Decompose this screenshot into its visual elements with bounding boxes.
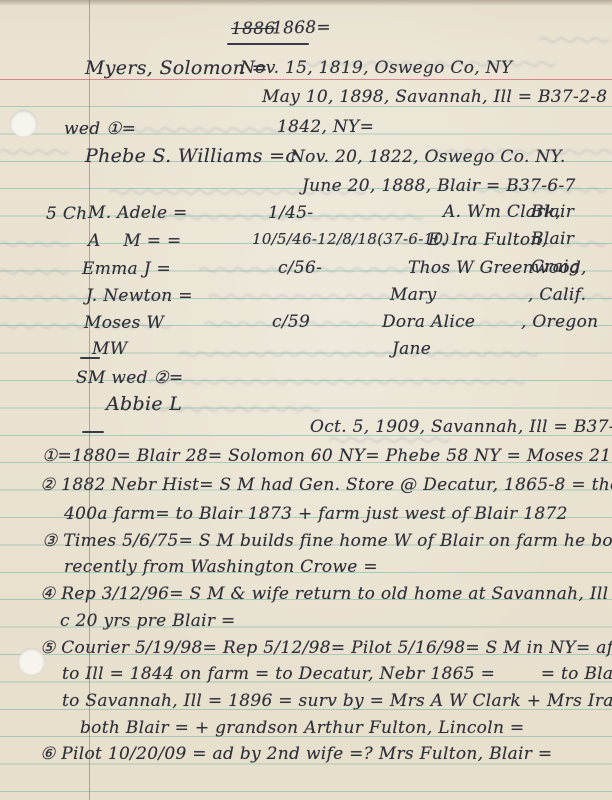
child-name: M. Adele = bbox=[88, 203, 188, 223]
subject-wed-label: wed ①= bbox=[64, 119, 136, 139]
child-dates: 1/45- bbox=[268, 203, 313, 223]
wife-name: Phebe S. Williams =c bbox=[85, 145, 296, 167]
header-underline bbox=[227, 43, 309, 45]
note-line: to Ill = 1844 on farm = to Decatur, Nebr… bbox=[62, 664, 612, 684]
subject-wed-year: 1842, NY= bbox=[277, 117, 374, 137]
second-wife-dash bbox=[82, 431, 104, 433]
note-line: recently from Washington Crowe = bbox=[64, 557, 378, 577]
punch-hole-top bbox=[10, 110, 37, 137]
child-spouse: Jane bbox=[392, 339, 431, 359]
note-line: 400a farm= to Blair 1873 + farm just wes… bbox=[64, 504, 568, 524]
child-name: Moses W bbox=[84, 313, 164, 333]
child-place: Blair bbox=[531, 229, 574, 249]
child-place: Craig bbox=[531, 257, 580, 277]
child-place: Blair bbox=[531, 202, 574, 222]
child-name: J. Newton = bbox=[86, 286, 193, 306]
child-place: , Calif. bbox=[528, 285, 586, 305]
note-line: ④ Rep 3/12/96= S M & wife return to old … bbox=[40, 584, 612, 604]
note-line: ⑤ Courier 5/19/98= Rep 5/12/98= Pilot 5/… bbox=[40, 638, 612, 658]
wife-birth: Nov. 20, 1822, Oswego Co. NY. bbox=[290, 147, 566, 167]
second-wife-name: Abbie L bbox=[106, 393, 182, 415]
child-spouse: Dora Alice bbox=[382, 312, 475, 332]
child-spouse: Mary bbox=[390, 285, 436, 305]
header-year: 1868= bbox=[272, 17, 331, 38]
note-line: ② 1882 Nebr Hist= S M had Gen. Store @ D… bbox=[40, 475, 612, 495]
child-name: A M = = bbox=[88, 231, 182, 251]
note-line: ⑥ Pilot 10/20/09 = ad by 2nd wife =? Mrs… bbox=[40, 744, 552, 764]
note-line: ③ Times 5/6/75= S M builds fine home W o… bbox=[42, 531, 612, 551]
child-name: MW bbox=[92, 339, 127, 359]
second-wed-label: SM wed ②= bbox=[76, 368, 184, 388]
child-name: Emma J = bbox=[82, 259, 171, 279]
note-line: ①=1880= Blair 28= Solomon 60 NY= Phebe 5… bbox=[42, 446, 612, 466]
note-line: to Savannah, Ill = 1896 = surv by = Mrs … bbox=[62, 691, 612, 711]
children-count: 5 Ch bbox=[46, 204, 87, 224]
subject-death: May 10, 1898, Savannah, Ill = B37-2-8 bbox=[262, 87, 607, 107]
second-wife-death: Oct. 5, 1909, Savannah, Ill = B37-6-⑨= bbox=[310, 417, 612, 437]
header-struck-year: 1886 bbox=[231, 19, 275, 39]
wife-death: June 20, 1888, Blair = B37-6-7 bbox=[302, 176, 576, 196]
subject-birth: Nov. 15, 1819, Oswego Co, NY bbox=[240, 58, 512, 78]
mw-underline bbox=[80, 357, 100, 359]
note-line: c 20 yrs pre Blair = bbox=[60, 611, 236, 631]
child-place: , Oregon bbox=[521, 312, 598, 332]
child-spouse: E. Ira Fulton, bbox=[428, 230, 547, 250]
child-dates: c/56- bbox=[278, 258, 322, 278]
red-header-rule bbox=[0, 79, 612, 80]
notebook-page: 1886 1868= Myers, Solomon = Nov. 15, 181… bbox=[0, 0, 612, 800]
child-dates: c/59 bbox=[272, 312, 310, 332]
note-line: both Blair = + grandson Arthur Fulton, L… bbox=[80, 718, 524, 738]
child-dates: 10/5/46-12/8/18(37-6-10) bbox=[252, 230, 449, 248]
